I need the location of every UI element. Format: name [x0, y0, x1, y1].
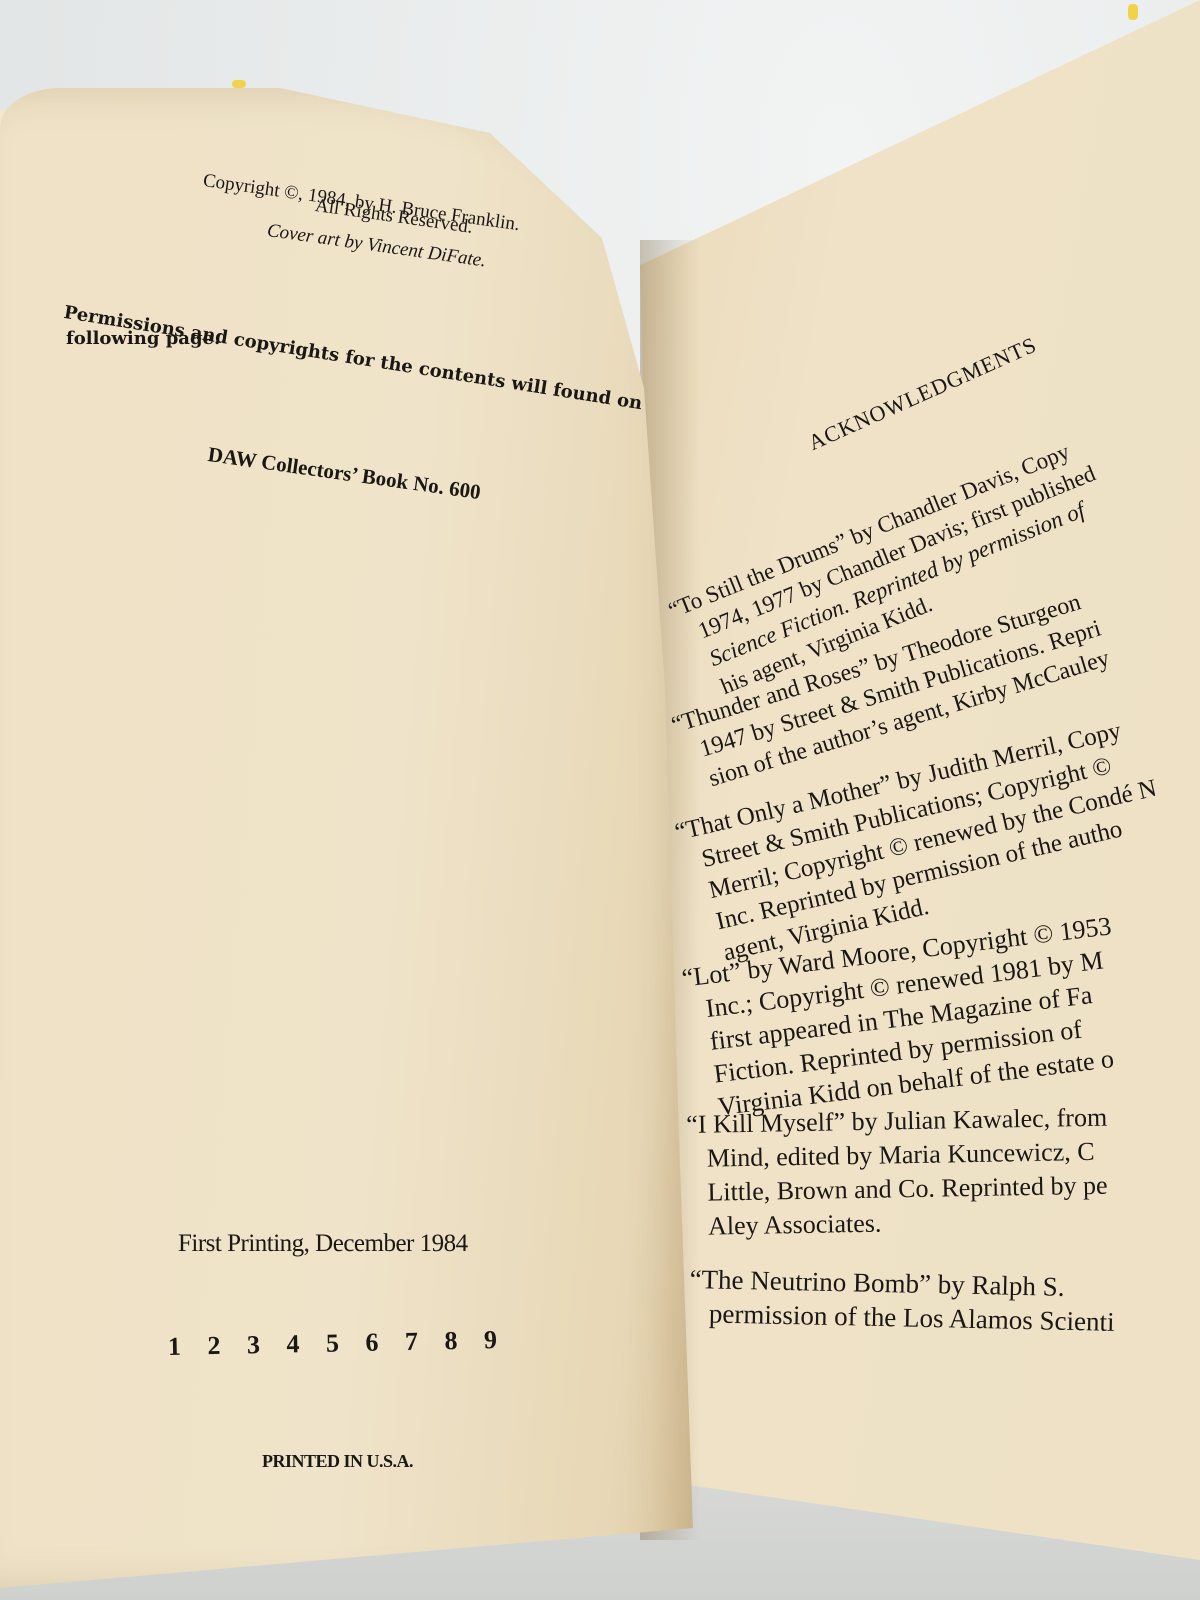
acknowledgment-entry: “The Neutrino Bomb” by Ralph S. permissi…	[689, 1262, 1116, 1339]
yellow-edge-stain	[232, 80, 246, 88]
yellow-edge-stain	[1128, 4, 1138, 20]
acknowledgment-entry: “I Kill Myself” by Julian Kawalec, from …	[686, 1101, 1109, 1244]
permissions-notice: Permissions and copyrights for the conte…	[66, 300, 651, 352]
printed-in-usa: PRINTED IN U.S.A.	[262, 1451, 413, 1472]
first-printing-date: First Printing, December 1984	[178, 1230, 468, 1258]
copyright-notice: Copyright ©, 1984, by H. Bruce Franklin.…	[205, 168, 524, 243]
